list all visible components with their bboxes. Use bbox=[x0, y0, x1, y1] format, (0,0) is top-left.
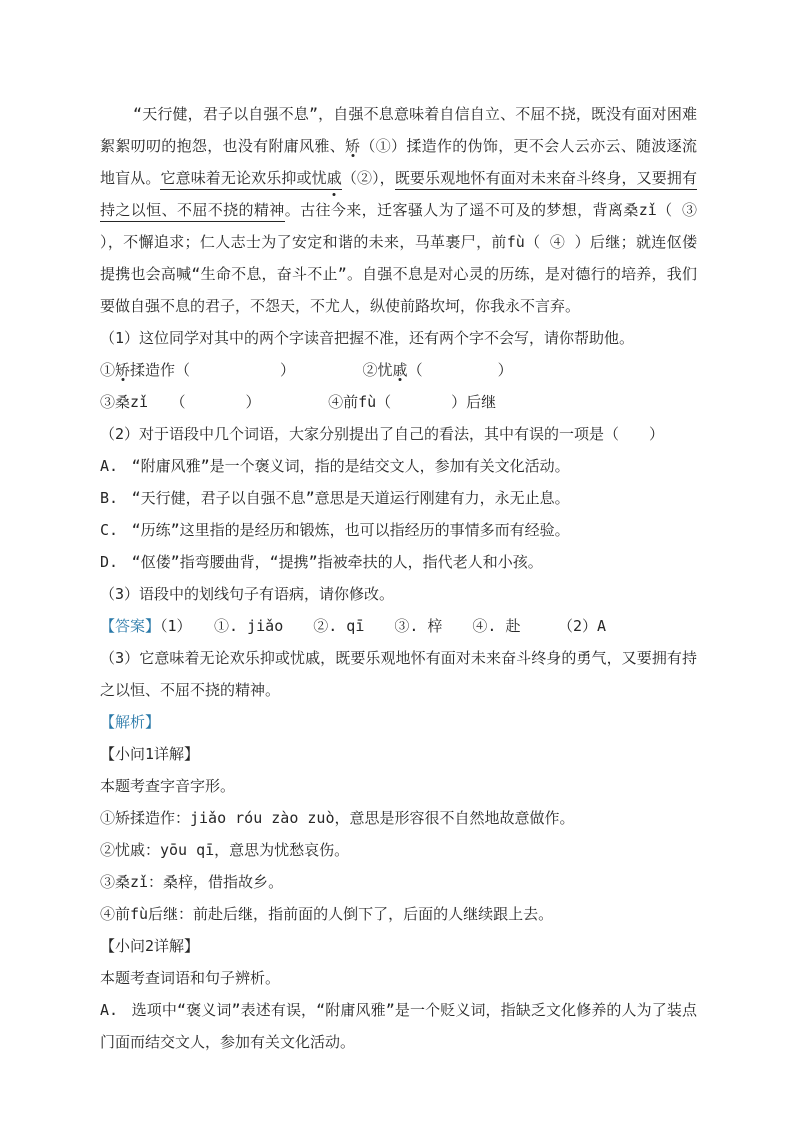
analysis-item-label: A. bbox=[100, 1001, 118, 1019]
subquestion-1-title: 【小问1详解】 bbox=[100, 738, 697, 770]
option-row-label: D. bbox=[100, 553, 118, 571]
text-segment: 戚 bbox=[393, 361, 408, 379]
option-row: A.“附庸风雅”是一个褒义词，指的是结交文人，参加有关文化活动。 bbox=[100, 450, 697, 482]
analysis-item: ④前fù后继：前赴后继，指前面的人倒下了，后面的人继续跟上去。 bbox=[100, 898, 697, 930]
option-row-label: B. bbox=[100, 489, 118, 507]
analysis-item-text: 选项中“褒义词”表述有误，“附庸风雅”是一个贬义词，指缺乏文化修养的人为了装点门… bbox=[100, 1001, 697, 1051]
analysis-item: A.选项中“褒义词”表述有误，“附庸风雅”是一个贬义词，指缺乏文化修养的人为了装… bbox=[100, 994, 697, 1058]
option-row-text: “附庸风雅”是一个褒义词，指的是结交文人，参加有关文化活动。 bbox=[132, 457, 570, 475]
question-2-prompt: （2）对于语段中几个词语，大家分别提出了自己的看法，其中有误的一项是（ ） bbox=[100, 418, 697, 450]
question-1-prompt: （1）这位同学对其中的两个字读音把握不准，还有两个字不会写，请你帮助他。 bbox=[100, 322, 697, 354]
text-segment: 它意味着无论欢乐抑或忧 bbox=[160, 169, 326, 190]
subquestion-2-title: 【小问2详解】 bbox=[100, 930, 697, 962]
question-1-blanks-row-2: ③桑zǐ （ ） ④前fù（ ）后继 bbox=[100, 386, 697, 418]
option-row-text: “伛偻”指弯腰曲背，“提携”指被牵扶的人，指代老人和小孩。 bbox=[132, 553, 543, 571]
option-row-label: A. bbox=[100, 457, 118, 475]
option-row: C.“历练”这里指的是经历和锻炼，也可以指经历的事情多而有经验。 bbox=[100, 514, 697, 546]
text-segment: （ ） bbox=[408, 361, 513, 379]
answer-items: （1） ①. jiǎo ②. qī ③. 梓 ④. 赴 （2）A bbox=[160, 617, 606, 635]
question-1-blanks-row-1: ①矫揉造作（ ） ②忧戚（ ） bbox=[100, 354, 697, 386]
subquestion-1-intro: 本题考查字音字形。 bbox=[100, 770, 697, 802]
analysis-item: ③桑zǐ：桑梓，借指故乡。 bbox=[100, 866, 697, 898]
text-segment: （②）， bbox=[342, 169, 395, 187]
answer-sentence-revision: （3）它意味着无论欢乐抑或忧戚，既要乐观地怀有面对未来奋斗终身的勇气，又要拥有持… bbox=[100, 642, 697, 706]
subquestion-2-intro: 本题考查词语和句子辨析。 bbox=[100, 962, 697, 994]
subquestion-2-items: A.选项中“褒义词”表述有误，“附庸风雅”是一个贬义词，指缺乏文化修养的人为了装… bbox=[100, 994, 697, 1058]
text-segment: 揉造作（ ） ②忧 bbox=[130, 361, 393, 379]
option-row: D.“伛偻”指弯腰曲背，“提携”指被牵扶的人，指代老人和小孩。 bbox=[100, 546, 697, 578]
passage-paragraph: “天行健，君子以自强不息”，自强不息意味着自信自立、不屈不挠，既没有面对困难絮絮… bbox=[100, 98, 697, 322]
option-row-label: C. bbox=[100, 521, 118, 539]
analysis-label: 【解析】 bbox=[100, 713, 160, 731]
question-3-prompt: （3）语段中的划线句子有语病，请你修改。 bbox=[100, 578, 697, 610]
answer-label: 【答案】 bbox=[100, 617, 160, 635]
analysis-item: ①矫揉造作：jiǎo róu zào zuò，意思是形容很不自然地故意做作。 bbox=[100, 802, 697, 834]
text-segment: 矫 bbox=[345, 137, 360, 155]
text-segment: ① bbox=[100, 361, 115, 379]
option-row-text: “天行健，君子以自强不息”意思是天道运行刚建有力，永无止息。 bbox=[132, 489, 570, 507]
option-row: B.“天行健，君子以自强不息”意思是天道运行刚建有力，永无止息。 bbox=[100, 482, 697, 514]
analysis-item: ②忧戚：yōu qī，意思为忧愁哀伤。 bbox=[100, 834, 697, 866]
text-segment: 矫 bbox=[115, 361, 130, 379]
subquestion-1-items: ①矫揉造作：jiǎo róu zào zuò，意思是形容很不自然地故意做作。②忧… bbox=[100, 802, 697, 930]
text-segment: 戚 bbox=[327, 169, 342, 190]
answer-line: 【答案】（1） ①. jiǎo ②. qī ③. 梓 ④. 赴 （2）A bbox=[100, 610, 697, 642]
option-row-text: “历练”这里指的是经历和锻炼，也可以指经历的事情多而有经验。 bbox=[132, 521, 570, 539]
analysis-line: 【解析】 bbox=[100, 706, 697, 738]
question-2-options: A.“附庸风雅”是一个褒义词，指的是结交文人，参加有关文化活动。B.“天行健，君… bbox=[100, 450, 697, 578]
exam-document-page: “天行健，君子以自强不息”，自强不息意味着自信自立、不屈不挠，既没有面对困难絮絮… bbox=[0, 0, 793, 1122]
